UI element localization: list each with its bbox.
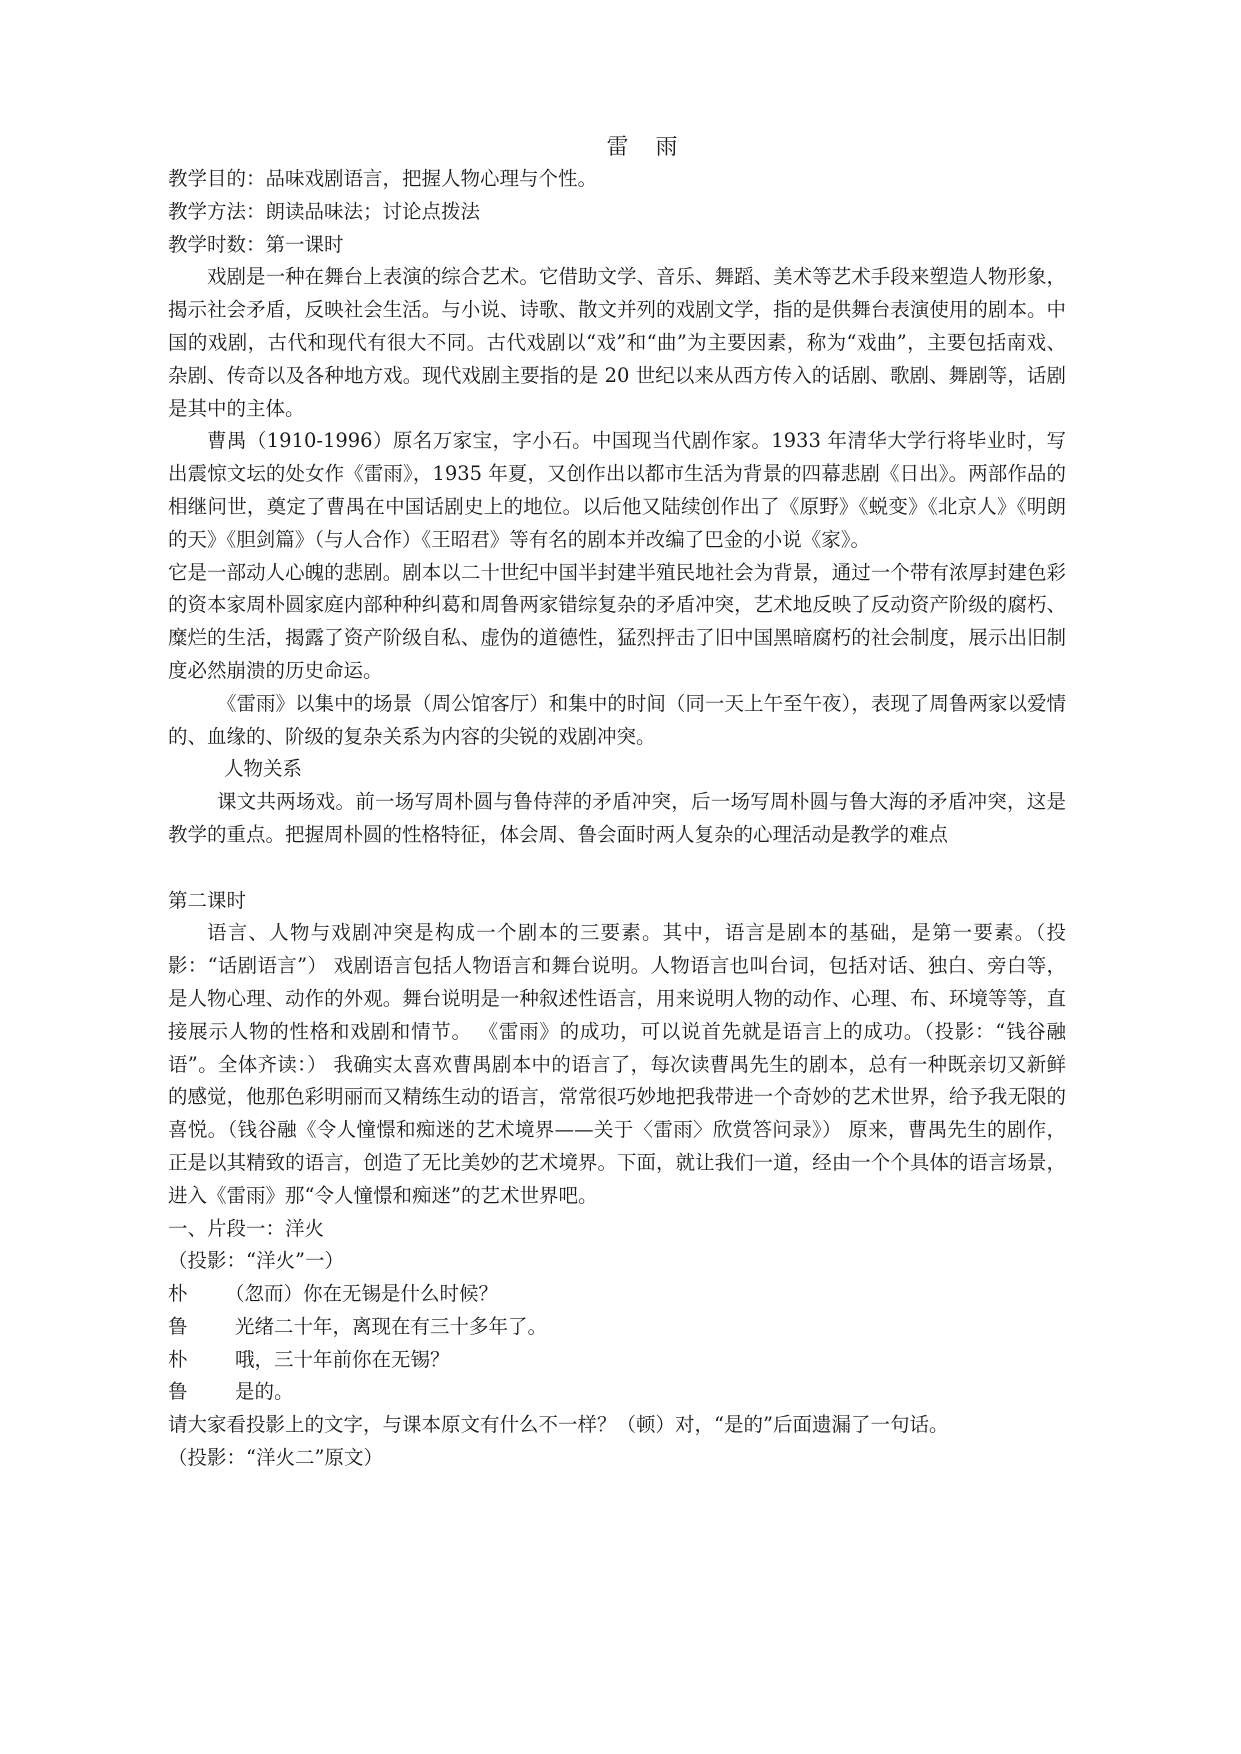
paragraph-play-summary: 它是一部动人心魄的悲剧。剧本以二十世纪中国半封建半殖民地社会为背景，通过一个带有… xyxy=(168,557,1066,688)
projection-note-1: （投影：“洋火”一） xyxy=(168,1245,1066,1278)
dialogue-line: 鲁 光绪二十年，离现在有三十多年了。 xyxy=(168,1311,1066,1344)
document-page: 雷 雨 教学目的：品味戏剧语言，把握人物心理与个性。 教学方法：朗读品味法；讨论… xyxy=(168,133,1066,1475)
dialogue-text: 哦，三十年前你在无锡？ xyxy=(235,1344,450,1377)
dialogue-speaker: 鲁 xyxy=(168,1376,225,1409)
dialogue-text: 是的。 xyxy=(235,1376,294,1409)
dialogue-line: 朴 哦，三十年前你在无锡？ xyxy=(168,1344,1066,1377)
paragraph-drama-language: 语言、人物与戏剧冲突是构成一个剧本的三要素。其中，语言是剧本的基础，是第一要素。… xyxy=(168,917,1066,1212)
dialogue-line: 鲁 是的。 xyxy=(168,1376,1066,1409)
teaching-hours: 教学时数：第一课时 xyxy=(168,229,1066,262)
dialogue-speaker: 朴 xyxy=(168,1278,225,1311)
dialogue-line: 朴 （忽而）你在无锡是什么时候？ xyxy=(168,1278,1066,1311)
discussion-question: 请大家看投影上的文字，与课本原文有什么不一样？（顿）对，“是的”后面遗漏了一句话… xyxy=(168,1409,1066,1442)
paragraph-play-setting: 《雷雨》以集中的场景（周公馆客厅）和集中的时间（同一天上午至午夜），表现了周鲁两… xyxy=(168,688,1066,754)
dialogue-text: （忽而）你在无锡是什么时候？ xyxy=(225,1278,498,1311)
document-title: 雷 雨 xyxy=(168,133,1066,163)
teaching-goal: 教学目的：品味戏剧语言，把握人物心理与个性。 xyxy=(168,163,1066,196)
label-character-relations: 人物关系 xyxy=(168,753,1066,786)
projection-note-2: （投影：“洋火二”原文） xyxy=(168,1442,1066,1475)
paragraph-drama-intro: 戏剧是一种在舞台上表演的综合艺术。它借助文学、音乐、舞蹈、美术等艺术手段来塑造人… xyxy=(168,261,1066,425)
paragraph-lesson-focus: 课文共两场戏。前一场写周朴圆与鲁侍萍的矛盾冲突，后一场写周朴圆与鲁大海的矛盾冲突… xyxy=(168,786,1066,852)
lesson2-heading: 第二课时 xyxy=(168,885,1066,918)
teaching-method: 教学方法：朗读品味法；讨论点拨法 xyxy=(168,196,1066,229)
dialogue-speaker: 鲁 xyxy=(168,1311,225,1344)
blank-line xyxy=(168,852,1066,885)
dialogue-text: 光绪二十年，离现在有三十多年了。 xyxy=(235,1311,547,1344)
paragraph-author-intro: 曹禺（1910-1996）原名万家宝，字小石。中国现当代剧作家。1933 年清华… xyxy=(168,425,1066,556)
section1-heading: 一、片段一：洋火 xyxy=(168,1213,1066,1246)
dialogue-speaker: 朴 xyxy=(168,1344,225,1377)
